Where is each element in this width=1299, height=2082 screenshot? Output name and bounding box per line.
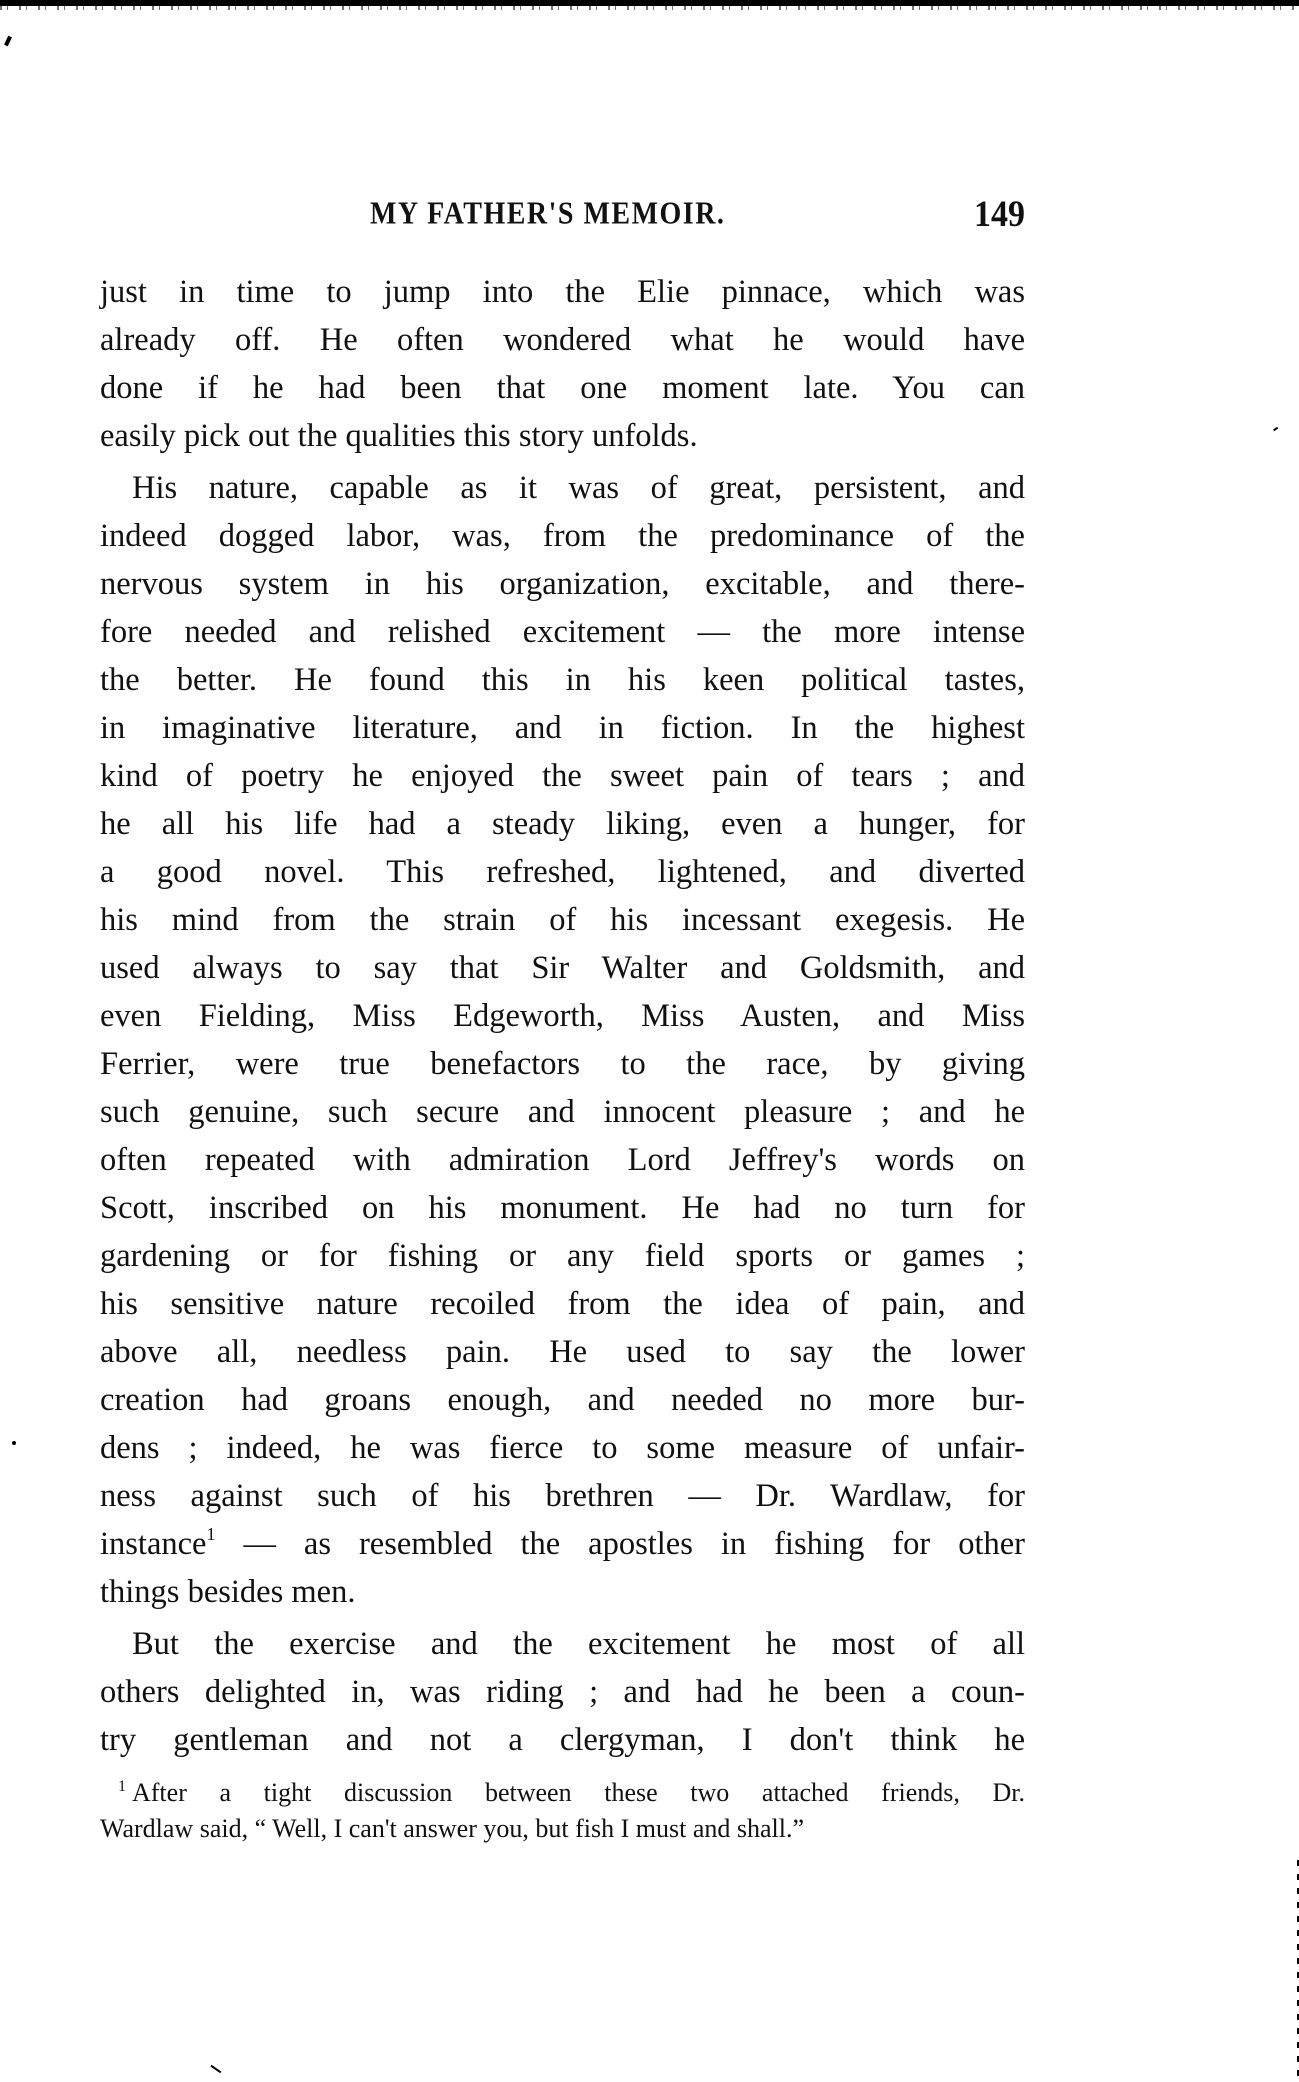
page-number: 149 — [974, 194, 1025, 236]
text-line: often repeated with admiration Lord Jeff… — [100, 1136, 1025, 1184]
footnote-text: After a tight discussion between these t… — [132, 1778, 1025, 1807]
text-line: His nature, capable as it was of great, … — [100, 464, 1025, 512]
paragraph-1: just in time to jump into the Elie pinna… — [100, 268, 1025, 460]
footnote-1: 1After a tight discussion between these … — [100, 1775, 1025, 1847]
body-text: just in time to jump into the Elie pinna… — [100, 268, 1025, 1764]
text-line: Scott, inscribed on his monument. He had… — [100, 1184, 1025, 1232]
running-head: MY FATHER'S MEMOIR. 149 — [100, 196, 1025, 240]
text-line: the better. He found this in his keen po… — [100, 656, 1025, 704]
text-line: But the exercise and the excitement he m… — [100, 1620, 1025, 1668]
footnote-marker: 1 — [118, 1778, 126, 1795]
text-line: even Fielding, Miss Edgeworth, Miss Aust… — [100, 992, 1025, 1040]
text-line: his sensitive nature recoiled from the i… — [100, 1280, 1025, 1328]
text-line: done if he had been that one moment late… — [100, 364, 1025, 412]
text-line: ness against such of his brethren — Dr. … — [100, 1472, 1025, 1520]
text-line: easily pick out the qualities this story… — [100, 412, 1025, 460]
text-line: a good novel. This refreshed, lightened,… — [100, 848, 1025, 896]
stray-mark-top-left — [4, 36, 12, 47]
paragraph-2: His nature, capable as it was of great, … — [100, 464, 1025, 1616]
text-line: things besides men. — [100, 1568, 1025, 1616]
text-line: in imaginative literature, and in fictio… — [100, 704, 1025, 752]
text-line: already off. He often wondered what he w… — [100, 316, 1025, 364]
text-line: kind of poetry he enjoyed the sweet pain… — [100, 752, 1025, 800]
text-line: creation had groans enough, and needed n… — [100, 1376, 1025, 1424]
text-line: indeed dogged labor, was, from the predo… — [100, 512, 1025, 560]
stray-mark-left-margin — [12, 1441, 16, 1445]
text-line: Ferrier, were true benefactors to the ra… — [100, 1040, 1025, 1088]
text-line: just in time to jump into the Elie pinna… — [100, 268, 1025, 316]
text-line: dens ; indeed, he was fierce to some mea… — [100, 1424, 1025, 1472]
text-line: fore needed and relished excitement — th… — [100, 608, 1025, 656]
footnote-line: 1After a tight discussion between these … — [100, 1775, 1025, 1811]
text-fragment: — as resembled the apostles in fishing f… — [215, 1526, 1025, 1562]
text-line: nervous system in his organization, exci… — [100, 560, 1025, 608]
scan-top-speckle — [0, 6, 1299, 10]
stray-mark-bottom — [211, 2065, 222, 2073]
paragraph-3: But the exercise and the excitement he m… — [100, 1620, 1025, 1764]
running-title: MY FATHER'S MEMOIR. — [370, 196, 725, 233]
text-line: such genuine, such secure and innocent p… — [100, 1088, 1025, 1136]
footnotes: 1After a tight discussion between these … — [100, 1775, 1025, 1847]
footnote-line: Wardlaw said, “ Well, I can't answer you… — [100, 1811, 1025, 1847]
text-line: gardening or for fishing or any field sp… — [100, 1232, 1025, 1280]
text-line: above all, needless pain. He used to say… — [100, 1328, 1025, 1376]
text-line: try gentleman and not a clergyman, I don… — [100, 1716, 1025, 1764]
stray-mark-right-margin — [1273, 427, 1278, 431]
text-line: used always to say that Sir Walter and G… — [100, 944, 1025, 992]
text-fragment: instance — [100, 1526, 206, 1562]
text-line: his mind from the strain of his incessan… — [100, 896, 1025, 944]
text-line-with-footnote-ref: instance1 — as resembled the apostles in… — [100, 1520, 1025, 1568]
text-line: he all his life had a steady liking, eve… — [100, 800, 1025, 848]
text-line: others delighted in, was riding ; and ha… — [100, 1668, 1025, 1716]
